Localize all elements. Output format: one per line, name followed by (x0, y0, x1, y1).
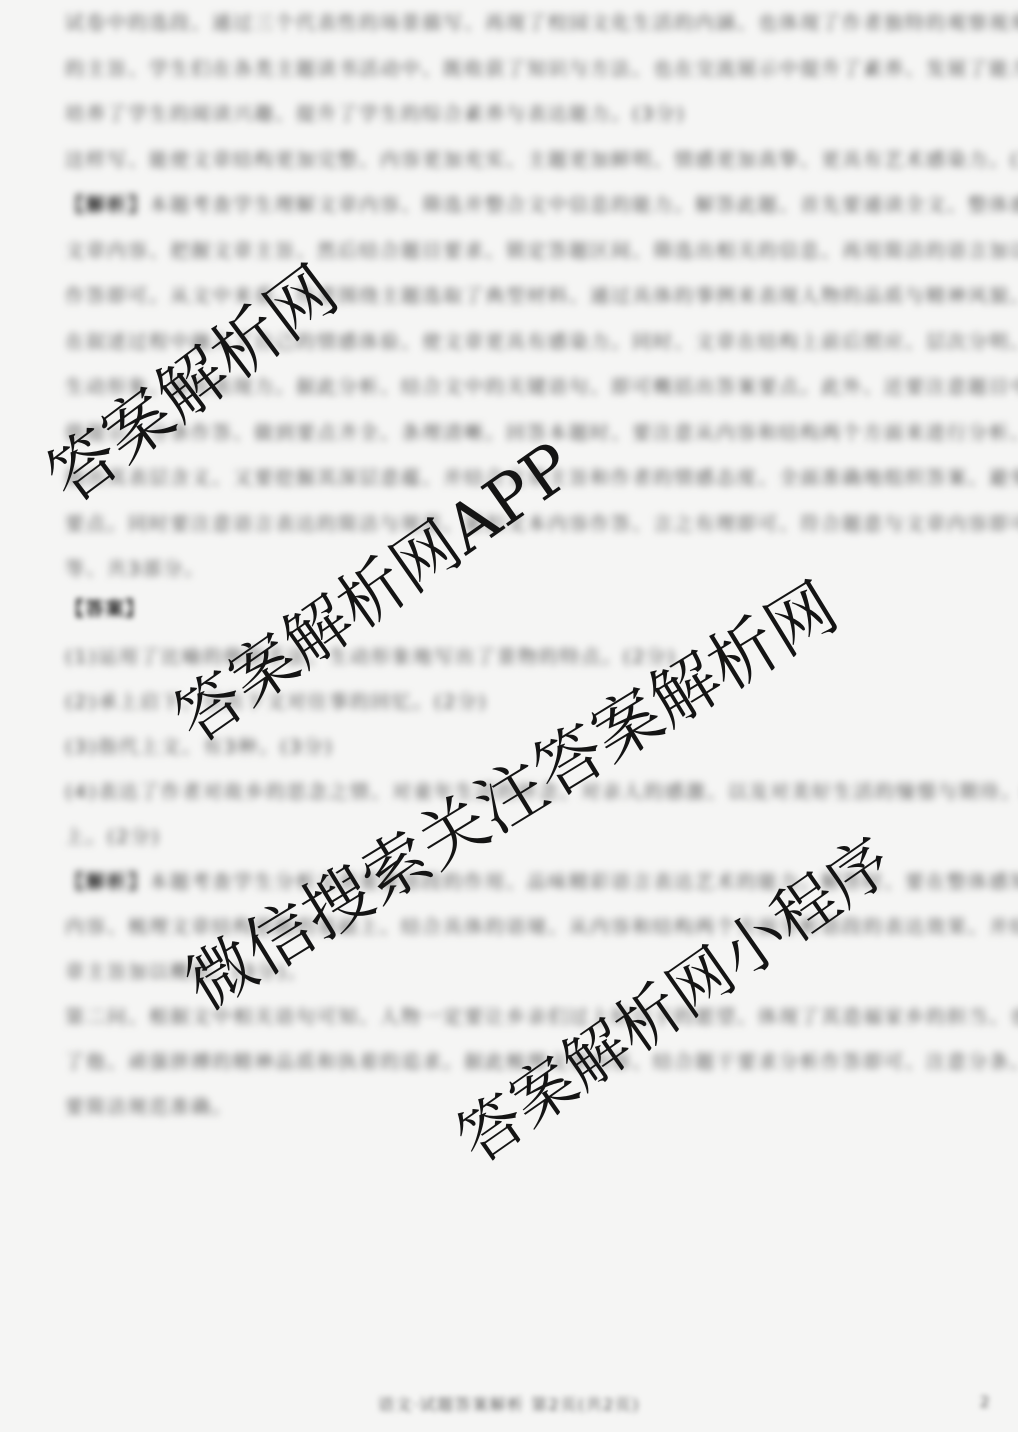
footer-page-number: 2 (980, 1393, 990, 1411)
blurred-text-segment: 本题考查学生理解文章内容、筛选并整合文中信息的能力。解答此题、首先要通读全文、整… (149, 194, 1018, 216)
blurred-text-segment: 本题考查学生分析文章重要语段的作用、品味精彩语言表达艺术的能力。解答时、要在整体… (149, 871, 1018, 893)
blurred-section-heading: 【答案】 (65, 598, 145, 620)
blurred-bold-label: 【解析】 (65, 871, 149, 893)
blurred-text-line: 上。(2分) (65, 826, 161, 852)
blurred-text-line: 要简洁规范准确。 (65, 1096, 233, 1122)
blurred-text-line: 内容、梳理文章结构思路的基础上、结合具体的语境、从内容和结构两个方面分析语段的表… (65, 916, 1018, 942)
blurred-text-line: 等、共3部分。 (65, 558, 205, 584)
blurred-text-line: 章主旨加以概括。(3分)。 (65, 961, 308, 987)
blurred-text-line: 培养了学生的阅读兴趣、提升了学生的综合素养与表达能力。(3分) (65, 103, 686, 129)
blurred-text-line: 【解析】本题考查学生分析文章重要语段的作用、品味精彩语言表达艺术的能力。解答时、… (65, 871, 1018, 897)
blurred-text-line: 要点。同时要注意语言表达的简洁与规范、紧扣文本内容作答、言之有理即可、符合题意与… (65, 513, 1018, 539)
document-page: 试卷中的选段、通过三个代表性的场景描写、再现了校园文化生活的内涵、也体现了作者独… (0, 0, 1018, 1432)
blurred-text-line: 这样写、能使文章结构更加完整、内容更加充实、主题更加鲜明、情感更加真挚、更具有艺… (65, 149, 1018, 175)
blurred-text-line: (3)指代上文、有3种。(3分) (65, 736, 334, 762)
blurred-text-line: (4)表达了作者对故乡的思念之情、对童年生活的怀念、对亲人的感激、以及对美好生活… (65, 781, 1018, 807)
footer-title: 语文·试题答案解析 第2页(共2页) (0, 1392, 1018, 1415)
blurred-text-line: 了他、顽强拼搏的精神品质和执着的追求。据此梳理文章内容、结合题干要求分析作答即可… (65, 1051, 1018, 1077)
blurred-bold-label: 【解析】 (65, 194, 149, 216)
blurred-text-line: 指出其表层含义、又要挖掘其深层意蕴、并结合文章主旨和作者的情感态度、全面准确地组… (65, 467, 1018, 493)
blurred-text-line: 生动形象、富有表现力。据此分析、结合文中的关键语句、即可概括出答案要点。此外、还… (65, 376, 1018, 402)
blurred-text-line: 试卷中的选段、通过三个代表性的场景描写、再现了校园文化生活的内涵、也体现了作者独… (65, 12, 1018, 38)
blurred-text-line: 文章内容、把握文章主旨、然后结合题目要求、锁定答题区间、筛选出相关的信息、再用简… (65, 240, 1018, 266)
blurred-text-line: 第二问、根据文中相关语句可知、人物一定要让乡亲们过上好日子的愿望、体现了其造福家… (65, 1006, 1018, 1032)
blurred-text-line: 值提示、分条作答、做到要点齐全、条理清晰。回答本题时、要注意从内容和结构两个方面… (65, 422, 1018, 448)
blurred-text-line: (2)承上启下、引出下文对往事的回忆。(2分) (65, 691, 488, 717)
blurred-text-line: 在叙述过程中融入了自己的情感体验、使文章更具有感染力。同时、文章在结构上前后照应… (65, 331, 1018, 357)
blurred-text-line: 作答即可。从文中来看、作者围绕主题选取了典型材料、通过具体的事例来表现人物的品质… (65, 285, 1018, 311)
blurred-text-line: 的主旨、学生们在各类主题读书活动中、既收获了知识与方法、也在交流展示中提升了素养… (65, 58, 1018, 84)
blurred-text-line: 【解析】本题考查学生理解文章内容、筛选并整合文中信息的能力。解答此题、首先要通读… (65, 194, 1018, 220)
blurred-text-line: (1)运用了比喻的修辞手法、生动形象地写出了景物的特点。(2分) (65, 646, 677, 672)
